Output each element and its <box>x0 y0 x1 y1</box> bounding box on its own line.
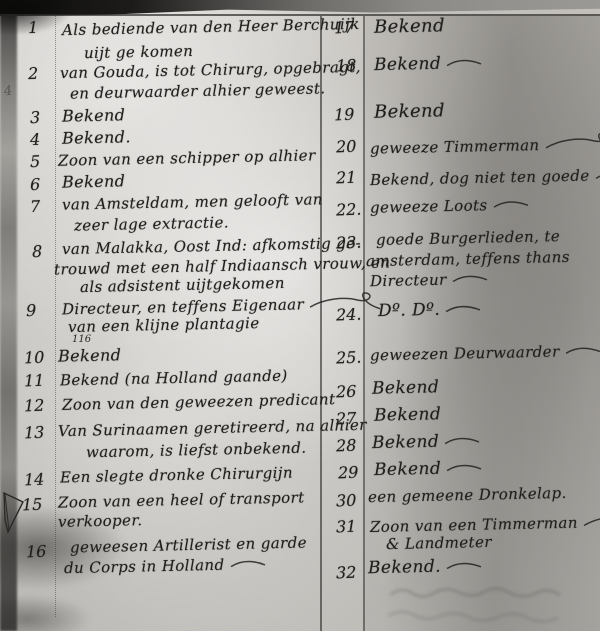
entry-13-line-2: waarom, is liefst onbekend. <box>86 439 307 462</box>
entry-15-number: 15 <box>22 495 43 515</box>
entry-14-line-1: Een slegte dronke Chirurgijn <box>60 464 293 487</box>
entry-23-number: 23. <box>336 233 362 253</box>
entry-3-number: 3 <box>30 108 41 127</box>
entry-15-line-2: verkooper. <box>58 511 143 531</box>
entry-32-number: 32 <box>336 563 357 583</box>
manuscript-page: 4 1Als bediende van den Heer Berchuijkui… <box>0 0 600 631</box>
flourish-stroke <box>228 556 266 575</box>
entry-5-line-1: Zoon van een schipper op alhier <box>58 146 316 169</box>
entry-24-number: 24. <box>336 305 362 325</box>
entry-29-line-1: Bekend <box>374 458 484 481</box>
entry-text: geweesen Artillerist en garde <box>70 534 307 557</box>
entry-text: Als bediende van den Heer Berchuijk <box>62 15 360 39</box>
entry-7-line-2: zeer lage extractie. <box>74 213 229 234</box>
flourish-stroke <box>563 343 600 362</box>
entry-text: amsterdam, teffens thans <box>366 248 570 270</box>
entry-31-number: 31 <box>336 517 357 537</box>
entry-27-number: 27 <box>336 409 357 429</box>
entry-text: verkooper. <box>58 511 143 531</box>
entry-text: Zoon van een schipper op alhier <box>58 146 316 169</box>
flourish-stroke <box>443 431 481 452</box>
entry-text: van Amsteldam, men gelooft van <box>62 190 323 213</box>
entry-21-number: 21 <box>336 168 357 188</box>
entry-29-number: 29 <box>338 463 359 483</box>
entry-text: een gemeene Dronkelap. <box>368 484 567 506</box>
entry-text: Bekend <box>374 459 442 480</box>
flourish-stroke <box>444 299 482 320</box>
flourish-stroke <box>450 271 488 290</box>
entry-16-line-1: geweesen Artillerist en garde <box>70 534 307 557</box>
entry-25-number: 25. <box>336 348 362 368</box>
entry-text: Bekend. <box>368 557 441 579</box>
flourish-stroke <box>543 131 600 159</box>
entry-text: goede Burgerlieden, te <box>376 227 560 249</box>
entry-18-number: 18 <box>336 56 357 76</box>
flourish-stroke <box>491 196 529 215</box>
entry-text: geweeze Timmerman <box>370 136 540 158</box>
entry-text: zeer lage extractie. <box>74 213 229 234</box>
entry-9-line-2: van een klijne plantagie <box>68 314 260 336</box>
entry-28-line-1: Bekend <box>372 431 482 454</box>
entry-19-number: 19 <box>334 105 355 125</box>
entry-10-number: 10 <box>24 348 45 368</box>
entry-10-line-1: Bekend <box>58 345 122 365</box>
entry-32-line-1: Bekend. <box>368 556 483 579</box>
entry-19-line-1: Bekend <box>374 100 445 122</box>
entry-4-line-1: Bekend. <box>62 127 131 147</box>
entry-text: Directeur <box>370 271 447 291</box>
entry-text: van een klijne plantagie <box>68 314 260 336</box>
entry-23-line-3: Directeur <box>370 270 489 291</box>
entry-text: Bekend <box>374 54 442 75</box>
entry-12-line-1: Zoon van den geweezen predicant <box>62 390 336 414</box>
entry-28-number: 28 <box>336 436 357 456</box>
flourish-stroke <box>445 458 483 479</box>
entry-2-line-2: en deurwaarder alhier geweest. <box>70 79 326 102</box>
right-number-divider-rule <box>363 16 365 631</box>
entry-text: Bekend (na Holland gaande) <box>60 367 288 390</box>
entry-26-line-1: Bekend <box>372 377 440 398</box>
entry-5-number: 5 <box>30 152 41 171</box>
entry-11-line-1: Bekend (na Holland gaande) <box>60 367 288 390</box>
flourish-stroke <box>445 53 483 74</box>
bleed-through-writing <box>386 583 596 629</box>
entry-text: uijt ge komen <box>84 42 194 62</box>
entry-3-line-1: Bekend <box>62 105 126 125</box>
entry-9-number: 9 <box>26 301 37 320</box>
entry-text: Bekend <box>372 432 440 453</box>
entry-26-number: 26 <box>336 382 357 402</box>
ink-smudge <box>0 595 90 631</box>
entry-text: Bekend. <box>62 127 131 147</box>
entry-text: Bekend <box>374 100 445 122</box>
entry-7-line-1: van Amsteldam, men gelooft van <box>62 190 323 213</box>
entry-8-number: 8 <box>32 242 43 261</box>
entry-text: geweezen Deurwaarder <box>370 342 560 364</box>
flourish-stroke <box>582 509 600 537</box>
entry-30-line-1: een gemeene Dronkelap. <box>368 484 567 506</box>
entry-20-number: 20 <box>336 137 357 157</box>
entry-23-line-1: goede Burgerlieden, te <box>376 227 560 249</box>
column-divider-rule <box>320 16 322 631</box>
entry-15-line-1: Zoon van een heel of transport <box>58 488 305 511</box>
entry-1-line-1: Als bediende van den Heer Berchuijk <box>62 15 360 39</box>
entry-text: du Corps in Holland <box>64 556 225 577</box>
entry-20-line-1: geweeze Timmerman <box>370 131 600 162</box>
entry-1-line-2: uijt ge komen <box>84 42 194 62</box>
entry-16-number: 16 <box>26 542 47 562</box>
entry-7-number: 7 <box>30 197 41 216</box>
entry-text: Bekend <box>58 345 122 365</box>
entry-text: en deurwaarder alhier geweest. <box>70 79 326 102</box>
entry-23-line-2: amsterdam, teffens thans <box>366 248 570 270</box>
entry-text: geweeze Loots <box>370 196 488 216</box>
entry-25-line-1: geweezen Deurwaarder <box>370 342 600 366</box>
entry-14-number: 14 <box>24 470 45 490</box>
entry-17-line-1: Bekend <box>374 15 445 37</box>
entry-27-line-1: Bekend <box>374 404 442 425</box>
entry-text: Bekend, dog niet ten goede <box>370 167 590 190</box>
entry-18-line-1: Bekend <box>374 53 484 76</box>
entry-17-number: 17 <box>334 18 355 38</box>
entry-31-line-2: & Landmeter <box>386 533 492 553</box>
entry-text: Zoon van den geweezen predicant <box>62 390 336 414</box>
entry-text: Zoon van een heel of transport <box>58 488 305 511</box>
flourish-stroke <box>593 162 600 190</box>
entry-21-line-1: Bekend, dog niet ten goede <box>370 162 600 194</box>
entry-10-superscript: 116 <box>72 334 91 345</box>
entry-1-number: 1 <box>28 18 39 37</box>
entry-text: waarom, is liefst onbekend. <box>86 439 307 462</box>
entry-30-number: 30 <box>336 491 357 511</box>
entry-16-line-2: du Corps in Holland <box>64 555 267 578</box>
entry-13-number: 13 <box>24 423 45 443</box>
entry-12-number: 12 <box>24 396 45 416</box>
entry-text: Bekend <box>372 377 440 398</box>
entry-11-number: 11 <box>24 371 45 391</box>
entry-text: Dº. Dº. <box>378 300 441 321</box>
entry-text: Bekend <box>62 171 126 191</box>
entry-text: Een slegte dronke Chirurgijn <box>60 464 293 487</box>
entry-6-number: 6 <box>30 175 41 194</box>
entry-22-number: 22. <box>336 200 362 220</box>
entry-text: Bekend <box>374 15 445 37</box>
entry-4-number: 4 <box>30 130 41 149</box>
entry-text: & Landmeter <box>386 533 492 553</box>
entry-text: Bekend <box>374 404 442 425</box>
entry-2-number: 2 <box>28 64 39 83</box>
entry-24-line-1: Dº. Dº. <box>378 299 483 322</box>
flourish-stroke <box>445 556 483 577</box>
entry-text: Bekend <box>62 105 126 125</box>
entry-6-line-1: Bekend <box>62 171 126 191</box>
entry-22-line-1: geweeze Loots <box>370 195 530 217</box>
